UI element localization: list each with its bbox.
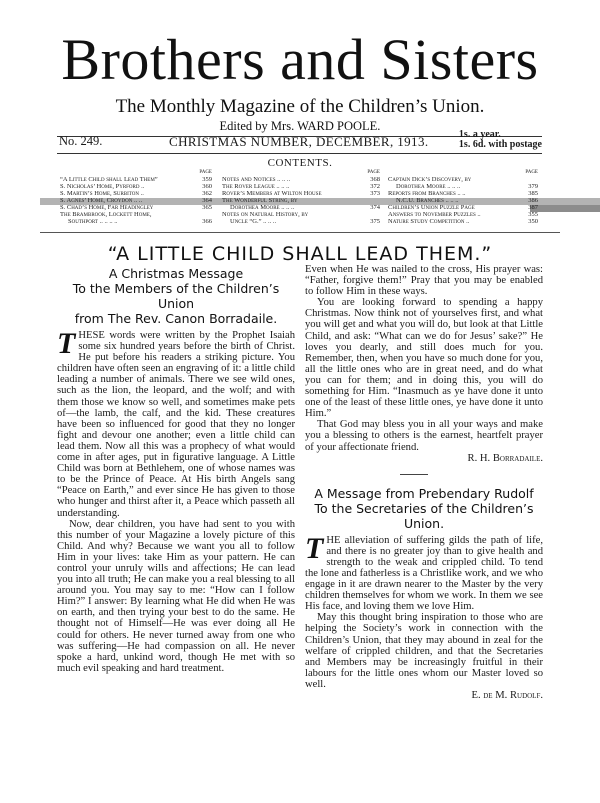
- contents-entry: S. Nicholas’ Home, Pyrford ..360: [60, 184, 212, 191]
- issue-number: No. 249.: [59, 134, 102, 149]
- contents-entry: S. Chad’s Home, Far Headingley365: [60, 205, 212, 212]
- contents-entry: Nature Study Competition ..350: [388, 219, 538, 226]
- contents-column-2: PAGENotes and Notices .. .. ..368The Rov…: [222, 170, 380, 226]
- divider-issue: [57, 153, 542, 154]
- message1-recipients: To the Members of the Children’s Union: [57, 281, 295, 311]
- contents-entry-page: 374: [367, 205, 380, 212]
- message2-title: A Message from Prebendary Rudolf: [305, 486, 543, 501]
- issue-line: No. 249. CHRISTMAS NUMBER, DECEMBER, 191…: [57, 130, 542, 150]
- contents-entry-title: “A Little Child shall Lead Them”: [60, 177, 158, 184]
- contents-entry-page: 365: [199, 205, 212, 212]
- contents-entry-title: The Wonderful String, by: [222, 198, 298, 205]
- paragraph-text: HE alleviation of suffering gilds the pa…: [305, 535, 543, 613]
- message2-heading: A Message from Prebendary Rudolf To the …: [305, 486, 543, 531]
- highlight-band-dark: [530, 205, 600, 212]
- contents-entry-title: Uncle “G.” .. .. ..: [222, 219, 276, 226]
- contents-entry: Rover’s Members at Wilton House373: [222, 191, 380, 198]
- contents-entry-title: Children’s Union Puzzle Page: [388, 205, 475, 212]
- contents-entry-title: Dorothea Moore .. .. ..: [388, 184, 460, 191]
- contents-entry: S. Martin’s Home, Surbiton ..362: [60, 191, 212, 198]
- message1-title: A Christmas Message: [57, 266, 295, 281]
- contents-entry-title: S. Chad’s Home, Far Headingley: [60, 205, 153, 212]
- price-info: 1s. a year. 1s. 6d. with postage: [459, 130, 542, 150]
- contents-entry-title: Answers to November Puzzles ..: [388, 212, 481, 219]
- contents-entry: Reports from Branches .. ..385: [388, 191, 538, 198]
- contents-entry-title: N.C.U. Branches .. .. ..: [388, 198, 459, 205]
- contents-column-1: PAGE“A Little Child shall Lead Them”359S…: [60, 170, 212, 226]
- contents-entry-title: Captain Dick’s Discovery, by: [388, 177, 471, 184]
- issue-title: CHRISTMAS NUMBER, DECEMBER, 1913.: [169, 134, 429, 150]
- contents-entry-page: 366: [199, 219, 212, 226]
- paragraph-text: HESE words were written by the Prophet I…: [57, 330, 295, 519]
- left-column: A Christmas Message To the Members of th…: [57, 266, 295, 674]
- section-divider: [400, 474, 428, 475]
- article-heading: “A LITTLE CHILD SHALL LEAD THEM.”: [0, 243, 600, 265]
- contents-entry: Notes and Notices .. .. ..368: [222, 177, 380, 184]
- message1-paragraph: Now, dear children, you have had sent to…: [57, 519, 295, 674]
- contents-entry-title: S. Martin’s Home, Surbiton ..: [60, 191, 144, 198]
- contents-entry: Uncle “G.” .. .. ..375: [222, 219, 380, 226]
- contents-entry: The Brambrook, Lockett Home,: [60, 212, 212, 219]
- dropcap: T: [305, 536, 323, 564]
- dropcap: T: [57, 331, 75, 359]
- contents-entry-title: Nature Study Competition ..: [388, 219, 469, 226]
- contents-entry: Notes on Natural History, by: [222, 212, 380, 219]
- contents-entry-title: Southport .. .. .. ..: [60, 219, 117, 226]
- message2-paragraph: THE alleviation of suffering gilds the p…: [305, 535, 543, 613]
- contents-entry: Southport .. .. .. ..366: [60, 219, 212, 226]
- contents-entry-title: Notes and Notices .. .. ..: [222, 177, 290, 184]
- contents-entry-title: S. Agnes’ Home, Croydon .. ..: [60, 198, 142, 205]
- contents-entry: Captain Dick’s Discovery, by: [388, 177, 538, 184]
- contents-entry-title: Rover’s Members at Wilton House: [222, 191, 322, 198]
- divider-contents: [40, 232, 560, 233]
- right-column: Even when He was nailed to the cross, Hi…: [305, 264, 543, 701]
- message1-paragraph: Even when He was nailed to the cross, Hi…: [305, 264, 543, 297]
- message1-signature: R. H. Borradaile.: [305, 453, 543, 464]
- message1-heading: A Christmas Message To the Members of th…: [57, 266, 295, 326]
- contents-entry-title: The Brambrook, Lockett Home,: [60, 212, 152, 219]
- contents-entry-page: 375: [367, 219, 380, 226]
- contents-entry-page: 350: [525, 219, 538, 226]
- contents-heading: CONTENTS.: [0, 157, 600, 169]
- contents-entry-title: The Rover League .. .. ..: [222, 184, 289, 191]
- contents-entry: Answers to November Puzzles ..355: [388, 212, 538, 219]
- message1-paragraph: You are looking forward to spending a ha…: [305, 297, 543, 419]
- contents-entry-title: Dorothea Moore .. .. ..: [222, 205, 294, 212]
- contents-entry-title: Notes on Natural History, by: [222, 212, 308, 219]
- contents-entry: The Rover League .. .. ..372: [222, 184, 380, 191]
- contents-entry-title: Reports from Branches .. ..: [388, 191, 466, 198]
- contents-entry: S. Agnes’ Home, Croydon .. ..364: [60, 198, 212, 205]
- contents-entry-page: 373: [367, 191, 380, 198]
- contents-entry: Children’s Union Puzzle Page387: [388, 205, 538, 212]
- message1-paragraph: THESE words were written by the Prophet …: [57, 330, 295, 519]
- message1-author: from The Rev. Canon Borradaile.: [57, 311, 295, 326]
- contents-entry: N.C.U. Branches .. .. ..386: [388, 198, 538, 205]
- contents-entry: The Wonderful String, by: [222, 198, 380, 205]
- contents-entry: Dorothea Moore .. .. ..379: [388, 184, 538, 191]
- contents-column-3: PAGECaptain Dick’s Discovery, byDorothea…: [388, 170, 538, 226]
- message1-paragraph: That God may bless you in all your ways …: [305, 419, 543, 452]
- contents-entry: Dorothea Moore .. .. ..374: [222, 205, 380, 212]
- magazine-subtitle: The Monthly Magazine of the Children’s U…: [0, 96, 600, 118]
- price-line-2: 1s. 6d. with postage: [459, 139, 542, 150]
- message2-recipients: To the Secretaries of the Children’s Uni…: [305, 501, 543, 531]
- message2-paragraph: May this thought bring inspiration to th…: [305, 612, 543, 690]
- contents-entry-title: S. Nicholas’ Home, Pyrford ..: [60, 184, 144, 191]
- contents-entry: “A Little Child shall Lead Them”359: [60, 177, 212, 184]
- magazine-title: Brothers and Sisters: [0, 28, 600, 92]
- message2-signature: E. de M. Rudolf.: [305, 690, 543, 701]
